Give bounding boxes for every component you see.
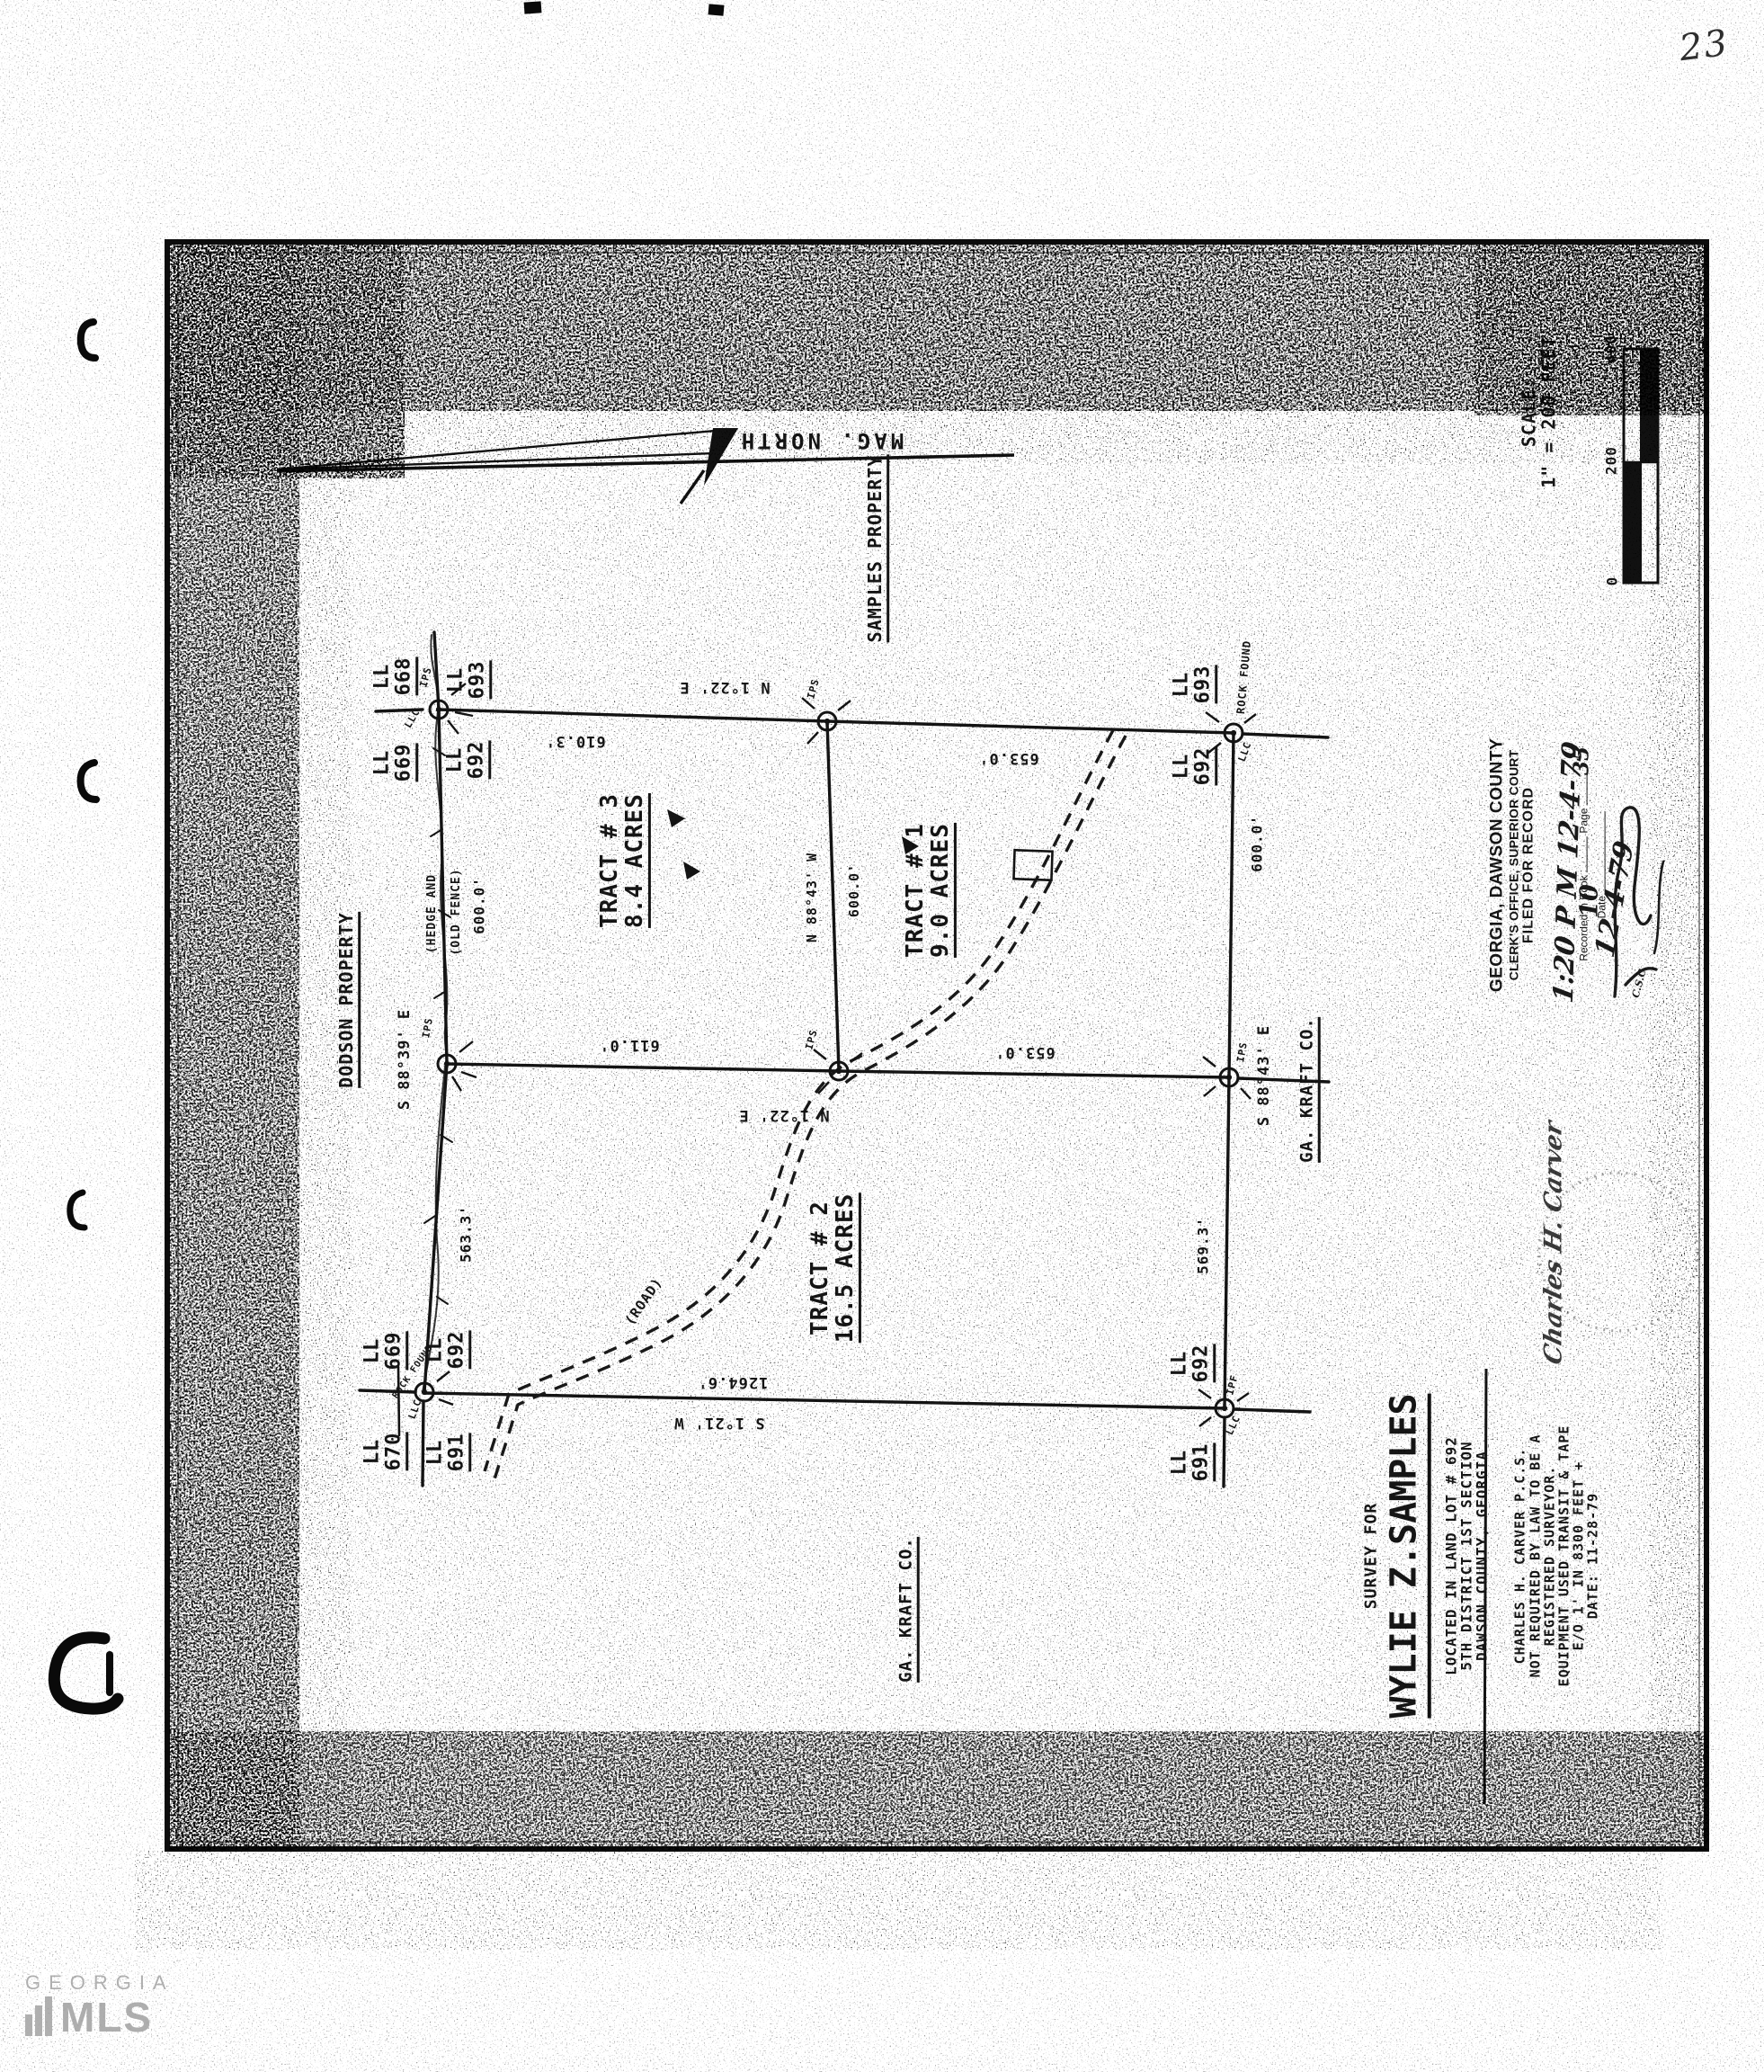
ll-prefix: LL xyxy=(361,1433,383,1471)
tract-2-name: TRACT # 2 xyxy=(807,1193,833,1344)
interior-line-bearing: N 88°43' W xyxy=(805,853,819,942)
ll-number: 691 xyxy=(1190,1443,1216,1482)
ll-number: 693 xyxy=(1192,665,1217,704)
west-line-dist-bottom: 563.3' xyxy=(458,1205,473,1263)
ll-prefix: LL xyxy=(371,657,393,696)
ll-693-label-ne: LL693 xyxy=(1171,665,1217,704)
georgia-mls-watermark: GEORGIA MLS xyxy=(25,1971,174,2036)
tract-1-label: TRACT # 1 9.0 ACRES xyxy=(903,823,957,958)
middle-line-bearing: N 1°22' E xyxy=(738,1107,829,1123)
accuracy-line: E/O 1' IN 8300 FEET + xyxy=(1572,1393,1586,1718)
west-line-bearing: S 88°39' E xyxy=(396,1009,413,1110)
dodson-property-label: DODSON PROPERTY xyxy=(337,912,361,1088)
ll-669-label-sw: LL669 xyxy=(361,1332,408,1371)
survey-for-label: SURVEY FOR xyxy=(1363,1393,1380,1718)
tract-1-name: TRACT # 1 xyxy=(903,823,928,958)
middle-line-dist-left: 611.0' xyxy=(599,1037,659,1053)
hedge-note-1: (HEDGE AND xyxy=(426,874,439,953)
title-block: SURVEY FOR WYLIE Z.SAMPLES LOCATED IN LA… xyxy=(1363,1393,1601,1718)
south-line-dist: 1264.6' xyxy=(698,1374,769,1390)
equipment-line: EQUIPMENT USED TRANSIT & TAPE xyxy=(1557,1393,1572,1718)
ll-prefix: LL xyxy=(371,744,393,782)
east-line-bearing: S 88°43' E xyxy=(1256,1025,1272,1126)
tract-3-label: TRACT # 3 8.4 ACRES xyxy=(597,793,651,928)
surveyor-note2: REGISTERED SURVEYOR. xyxy=(1543,1393,1557,1718)
ll-691-label-sw: LL691 xyxy=(424,1433,471,1472)
tract-2-label: TRACT # 2 16.5 ACRES xyxy=(807,1193,861,1344)
ga-kraft-east-label: GA. KRAFT CO. xyxy=(1298,1017,1321,1163)
scale-tick-400: 400 xyxy=(1603,335,1618,363)
located-line: LOCATED IN LAND LOT # 692 xyxy=(1443,1393,1458,1718)
north-line-dist-right: 653.0' xyxy=(978,750,1038,766)
scale-title: SCALE: xyxy=(1519,335,1539,488)
ll-prefix: LL xyxy=(1169,1344,1190,1383)
seal-signature: Charles H. Carver xyxy=(1540,1119,1566,1368)
middle-line-dist-right: 653.0' xyxy=(994,1044,1055,1060)
owner-name: WYLIE Z.SAMPLES xyxy=(1385,1393,1430,1718)
ll-prefix: LL xyxy=(361,1332,383,1371)
clerk-stamp-line3: FILED FOR RECORD xyxy=(1520,738,1536,992)
north-line-bearing: N 1°22' E xyxy=(679,679,770,695)
ll-prefix: LL xyxy=(424,1433,446,1472)
scale-tick-0: 0 xyxy=(1604,576,1619,586)
north-line-dist-left: 610.3' xyxy=(545,733,605,749)
ll-669-label-nw: LL669 xyxy=(371,744,418,782)
ll-number: 670 xyxy=(383,1433,408,1471)
tract-3-area: 8.4 ACRES xyxy=(622,793,651,928)
east-line-dist-bottom: 569.3' xyxy=(1195,1217,1210,1274)
west-line-dist-top: 600.0' xyxy=(471,877,486,934)
ll-number: 692 xyxy=(466,741,491,780)
ll-668-label: LL668 xyxy=(371,657,418,696)
surveyor-name: CHARLES H. CARVER P.C.S. xyxy=(1513,1393,1528,1718)
scale-label: SCALE: 1" = 200 FEET xyxy=(1519,335,1558,488)
ll-number: 693 xyxy=(467,661,492,700)
page-number-handwritten: 35 xyxy=(1572,746,1594,775)
east-line-dist-top: 600.0' xyxy=(1249,815,1264,872)
ll-number: 668 xyxy=(393,657,418,696)
ll-693-label-nw: LL693 xyxy=(445,661,492,700)
ll-number: 692 xyxy=(1190,1344,1216,1383)
ll-692-label-ne: LL692 xyxy=(1171,747,1217,786)
district-line: 5TH DISTRICT 1ST SECTION xyxy=(1459,1393,1474,1718)
ll-prefix: LL xyxy=(1171,665,1192,704)
watermark-georgia-text: GEORGIA xyxy=(25,1971,174,1995)
ll-670-label: LL670 xyxy=(361,1433,408,1471)
tract-3-name: TRACT # 3 xyxy=(597,793,622,928)
county-line: DAWSON COUNTY, GEORGIA xyxy=(1474,1393,1490,1718)
ll-number: 692 xyxy=(446,1331,471,1370)
ll-prefix: LL xyxy=(1169,1443,1190,1482)
ll-number: 692 xyxy=(1192,747,1217,786)
ll-692-label-se: LL692 xyxy=(1169,1344,1216,1383)
hedge-note-2: (OLD FENCE) xyxy=(450,868,463,955)
tract-1-area: 9.0 ACRES xyxy=(928,823,957,958)
ga-kraft-south-label: GA. KRAFT CO. xyxy=(897,1537,920,1683)
samples-property-label: SAMPLES PROPERTY xyxy=(866,455,889,643)
page-number: 23 xyxy=(1677,22,1731,69)
clerk-stamp-line1: GEORGIA, DAWSON COUNTY xyxy=(1489,738,1508,992)
scanned-survey-page: MAG. NORTH SAMPLES PROPERTY DODSON PROPE… xyxy=(0,0,1764,2072)
mag-north-label: MAG. NORTH xyxy=(738,428,904,451)
clerk-stamp-line2: CLERK'S OFFICE, SUPERIOR COURT xyxy=(1507,738,1520,992)
survey-date: DATE: 11-28-79 xyxy=(1586,1393,1600,1718)
tract-2-area: 16.5 ACRES xyxy=(833,1193,861,1344)
ll-prefix: LL xyxy=(1171,747,1192,786)
watermark-mls-text: MLS xyxy=(60,1999,153,2036)
surveyor-note1: NOT REQUIRED BY LAW TO BE A xyxy=(1528,1393,1542,1718)
interior-line-dist: 600.0' xyxy=(847,863,861,917)
mls-logo-bars-icon xyxy=(25,1996,55,2036)
binder-marks xyxy=(54,322,118,1709)
ll-prefix: LL xyxy=(444,741,466,780)
ll-number: 691 xyxy=(446,1433,471,1472)
ll-number: 669 xyxy=(383,1332,408,1371)
ll-691-label-se: LL691 xyxy=(1169,1443,1216,1482)
scale-tick-200: 200 xyxy=(1603,446,1618,475)
scale-value: 1" = 200 FEET xyxy=(1539,335,1559,488)
ll-692-label-nw: LL692 xyxy=(444,741,491,780)
ll-number: 669 xyxy=(393,744,418,782)
clerk-stamp: GEORGIA, DAWSON COUNTY CLERK'S OFFICE, S… xyxy=(1489,738,1608,992)
ll-prefix: LL xyxy=(445,661,467,700)
south-line-bearing: S 1°21' W xyxy=(673,1415,764,1431)
